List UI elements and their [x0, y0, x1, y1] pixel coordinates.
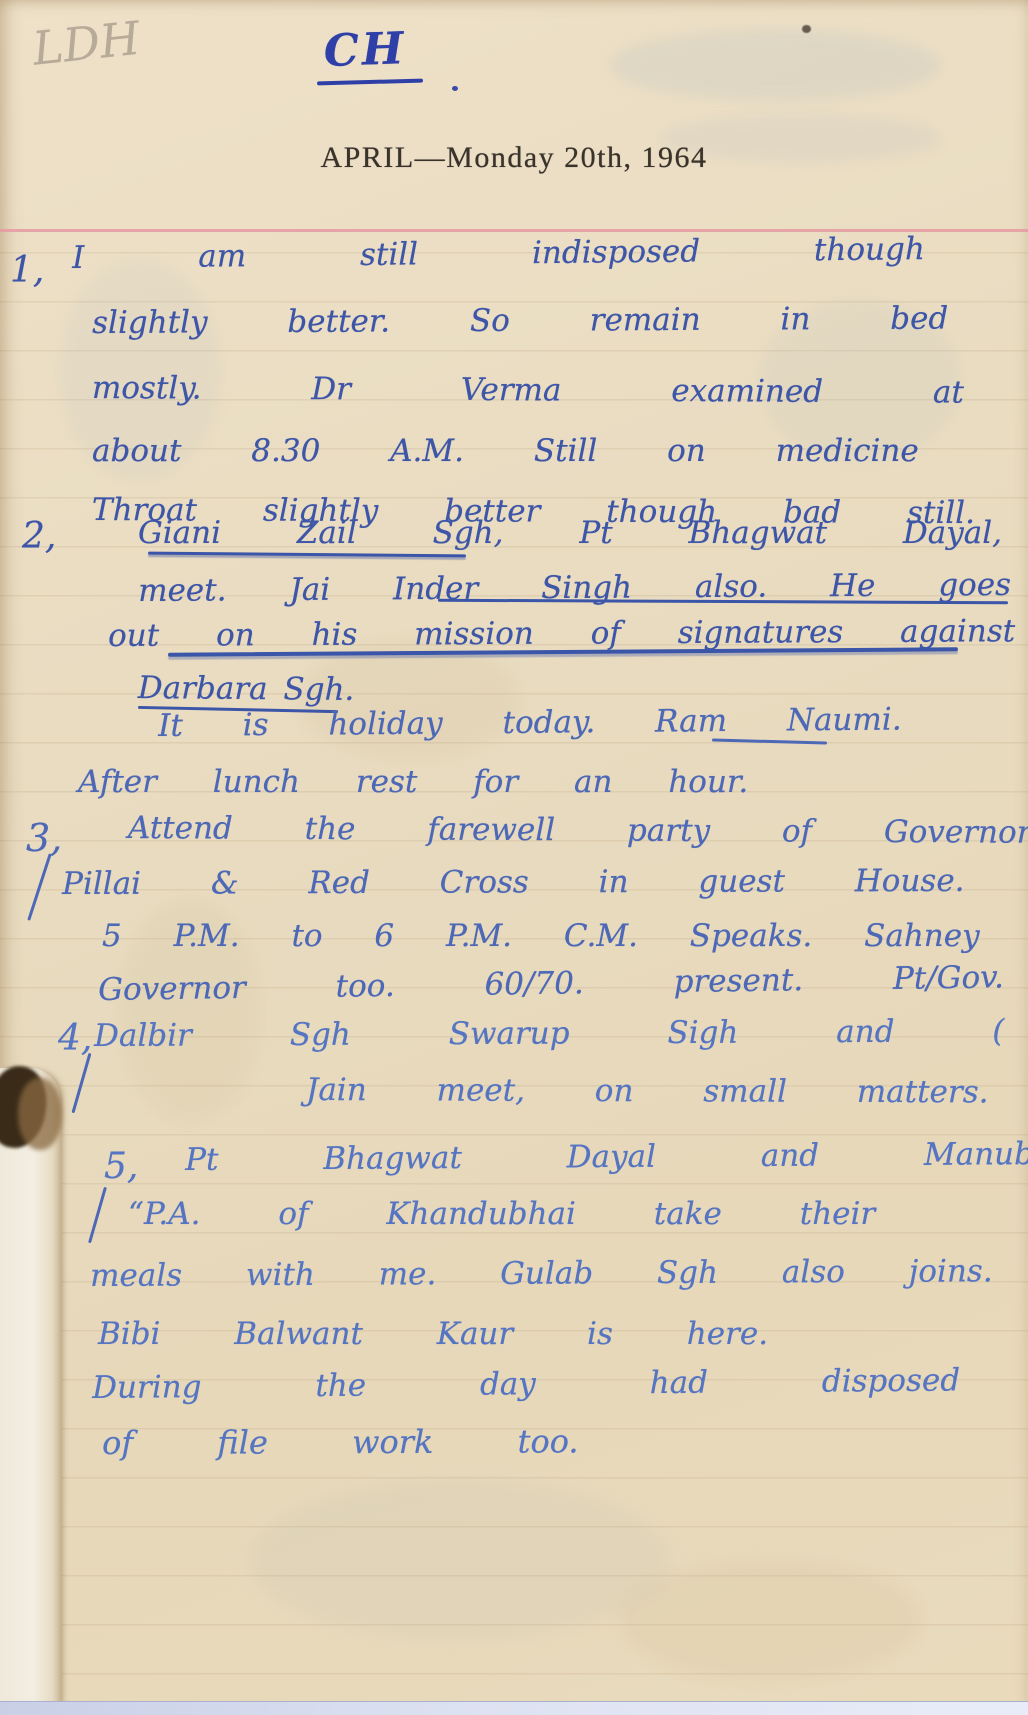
handwriting-line: After lunch rest for an hour.	[78, 764, 748, 800]
handwriting-line: Pt Bhagwat Dayal and Manubhai	[185, 1136, 1028, 1178]
handwriting-line: out on his mission of signatures against	[108, 613, 1015, 654]
diary-page: APRIL—Monday 20th, 1964 LDHCH1,I am stil…	[0, 0, 1028, 1715]
handwriting-line: meals with me. Gulab Sgh also joins.	[90, 1253, 993, 1294]
page-heading: APRIL—Monday 20th, 1964	[0, 141, 1028, 175]
handwriting-line: Attend the farewell party of Governor	[128, 810, 1028, 851]
handwriting-line: mostly. Dr Verma examined at	[92, 370, 964, 411]
handwriting-line: During the day had disposed	[92, 1362, 960, 1406]
handwriting-line: of file work too.	[102, 1422, 579, 1462]
stain-brown	[18, 1078, 62, 1150]
handwriting-line: Giani Zail Sgh, Pt Bhagwat Dayal,	[138, 515, 1002, 551]
handwriting-line: slightly better. So remain in bed	[92, 301, 948, 341]
handwriting-line: Bibi Balwant Kaur is here.	[98, 1316, 768, 1352]
handwriting-line: 5,	[104, 1146, 138, 1187]
handwriting-line: Jain meet, on small matters.	[306, 1072, 989, 1110]
underlying-page-edge	[0, 1068, 62, 1715]
bleed-smudge	[610, 30, 940, 100]
handwriting-line: about 8.30 A.M. Still on medicine	[92, 433, 919, 469]
corner-mark: LDH	[30, 11, 143, 76]
handwriting-line: Darbara Sgh.	[138, 670, 355, 708]
ink-dot	[452, 86, 458, 91]
handwriting-line: 5 P.M. to 6 P.M. C.M. Speaks. Sahney	[102, 918, 980, 954]
handwriting-line: 2,	[22, 516, 56, 557]
handwriting-line: It is holiday today. Ram Naumi.	[158, 702, 902, 744]
handwriting-line: 1,	[10, 250, 44, 291]
monogram: CH	[323, 23, 407, 77]
handwriting-line: Pillai & Red Cross in guest House.	[62, 863, 965, 902]
handwriting-line: “P.A. of Khandubhai take their	[128, 1196, 875, 1232]
underline-monogram	[317, 79, 423, 86]
handwriting-line: Dalbir Sgh Swarup Sigh and (	[94, 1013, 1005, 1054]
handwriting-line: 3,	[26, 816, 62, 860]
handwriting-line: meet. Jai Inder Singh also. He goes	[138, 567, 1011, 609]
ink-speck	[802, 25, 811, 33]
scan-bottom-edge	[0, 1701, 1028, 1715]
handwriting-line: 4,	[58, 1018, 92, 1059]
